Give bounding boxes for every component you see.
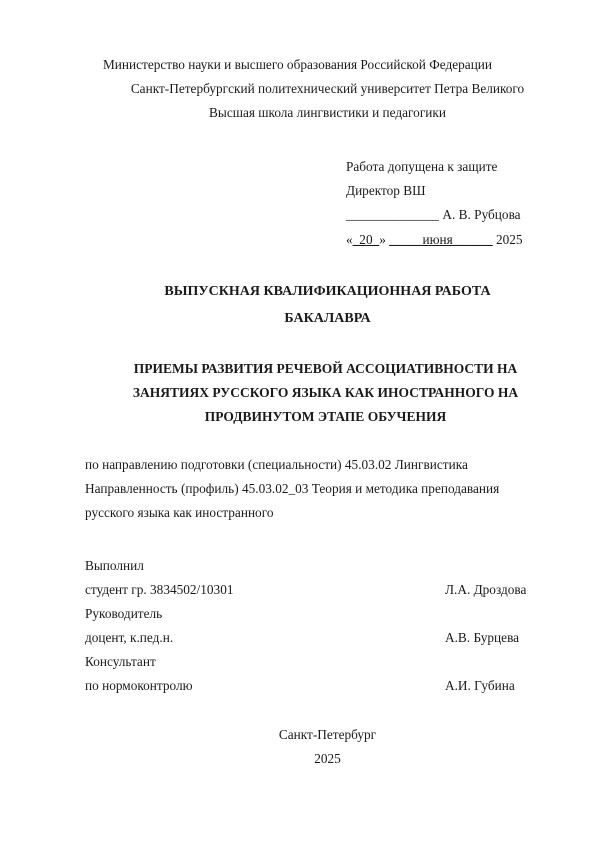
approval-date: «_20_» _____июня______ 2025 xyxy=(346,228,523,252)
university-line: Санкт-Петербургский политехнический унив… xyxy=(30,77,595,101)
work-type-line2: БАКАЛАВРА xyxy=(30,307,595,331)
direction-line3: русского языка как иностранного xyxy=(85,501,273,525)
role-supervisor: Руководитель xyxy=(85,602,162,626)
consultant-detail: по нормоконтролю xyxy=(85,674,193,698)
approval-admitted: Работа допущена к защите xyxy=(346,155,497,179)
author-name: Л.А. Дроздова xyxy=(445,578,526,602)
approval-director-title: Директор ВШ xyxy=(346,179,426,203)
work-type-line1: ВЫПУСКНАЯ КВАЛИФИКАЦИОННАЯ РАБОТА xyxy=(30,280,595,304)
author-detail: студент гр. 3834502/10301 xyxy=(85,578,234,602)
topic-line2: ЗАНЯТИЯХ РУССКОГО ЯЗЫКА КАК ИНОСТРАННОГО… xyxy=(28,381,595,405)
topic-line1: ПРИЕМЫ РАЗВИТИЯ РЕЧЕВОЙ АССОЦИАТИВНОСТИ … xyxy=(28,357,595,381)
date-day: _20_ xyxy=(353,232,380,247)
approval-signature-line: ______________ А. В. Рубцова xyxy=(346,203,521,227)
role-consultant: Консультант xyxy=(85,650,156,674)
topic-line3: ПРОДВИНУТОМ ЭТАПЕ ОБУЧЕНИЯ xyxy=(28,405,595,429)
date-year: 2025 xyxy=(496,232,523,247)
footer-year: 2025 xyxy=(30,747,595,771)
date-month: _____июня______ xyxy=(389,232,492,247)
footer-city: Санкт-Петербург xyxy=(30,723,595,747)
date-close-quote: » xyxy=(379,232,386,247)
ministry-line: Министерство науки и высшего образования… xyxy=(0,53,595,77)
role-author: Выполнил xyxy=(85,554,144,578)
director-name: А. В. Рубцова xyxy=(442,207,520,222)
date-open-quote: « xyxy=(346,232,353,247)
direction-line1: по направлению подготовки (специальности… xyxy=(85,453,468,477)
signature-blank: ______________ xyxy=(346,207,439,222)
supervisor-detail: доцент, к.пед.н. xyxy=(85,626,173,650)
consultant-name: А.И. Губина xyxy=(445,674,515,698)
supervisor-name: А.В. Бурцева xyxy=(445,626,519,650)
direction-line2: Направленность (профиль) 45.03.02_03 Тео… xyxy=(85,477,499,501)
school-line: Высшая школа лингвистики и педагогики xyxy=(30,101,595,125)
